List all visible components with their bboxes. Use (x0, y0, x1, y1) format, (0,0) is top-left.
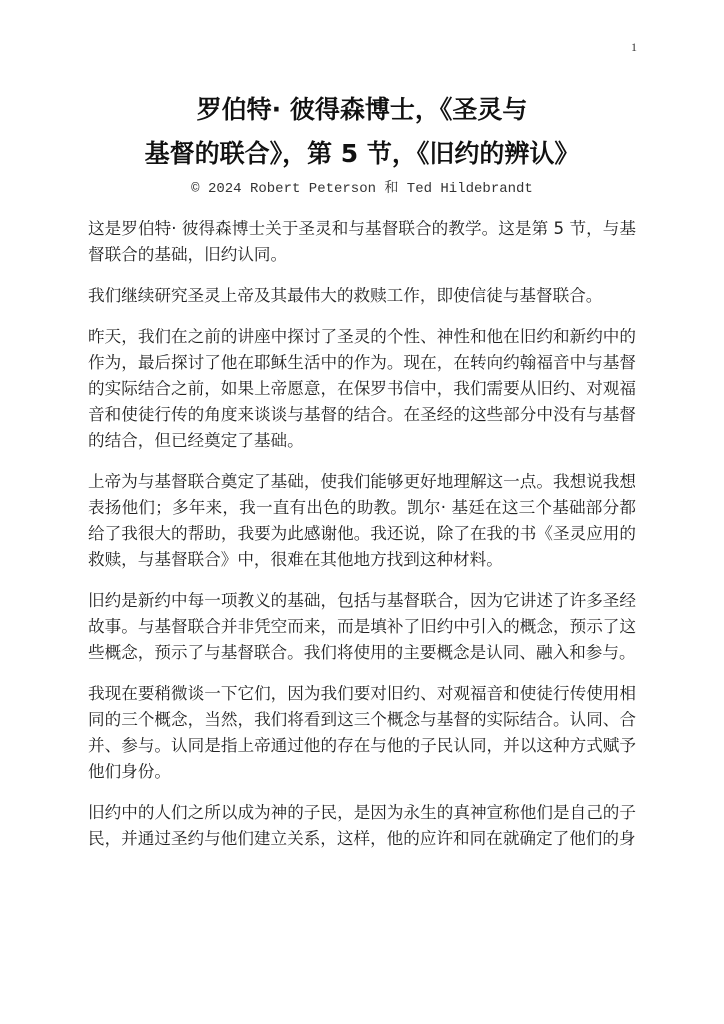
document-body: 这是罗伯特· 彼得森博士关于圣灵和与基督联合的教学。这是第 5 节，与基督联合的… (88, 216, 636, 867)
title-line-2: 基督的联合》，第 5 节，《旧约的辨认》 (0, 132, 724, 176)
page-number: 1 (631, 40, 637, 55)
paragraph: 旧约中的人们之所以成为神的子民，是因为永生的真神宣称他们是自己的子民，并通过圣约… (88, 800, 636, 852)
paragraph: 旧约是新约中每一项教义的基础，包括与基督联合，因为它讲述了许多圣经故事。与基督联… (88, 588, 636, 666)
paragraph: 昨天，我们在之前的讲座中探讨了圣灵的个性、神性和他在旧约和新约中的作为，最后探讨… (88, 324, 636, 454)
paragraph: 我们继续研究圣灵上帝及其最伟大的救赎工作，即使信徒与基督联合。 (88, 283, 636, 309)
paragraph: 上帝为与基督联合奠定了基础，使我们能够更好地理解这一点。我想说我想表扬他们；多年… (88, 469, 636, 573)
copyright-notice: © 2024 Robert Peterson 和 Ted Hildebrandt (0, 177, 724, 197)
paragraph: 这是罗伯特· 彼得森博士关于圣灵和与基督联合的教学。这是第 5 节，与基督联合的… (88, 216, 636, 268)
document-title: 罗伯特· 彼得森博士，《圣灵与 基督的联合》，第 5 节，《旧约的辨认》 (0, 88, 724, 176)
paragraph: 我现在要稍微谈一下它们，因为我们要对旧约、对观福音和使徒行传使用相同的三个概念，… (88, 681, 636, 785)
title-line-1: 罗伯特· 彼得森博士，《圣灵与 (0, 88, 724, 132)
